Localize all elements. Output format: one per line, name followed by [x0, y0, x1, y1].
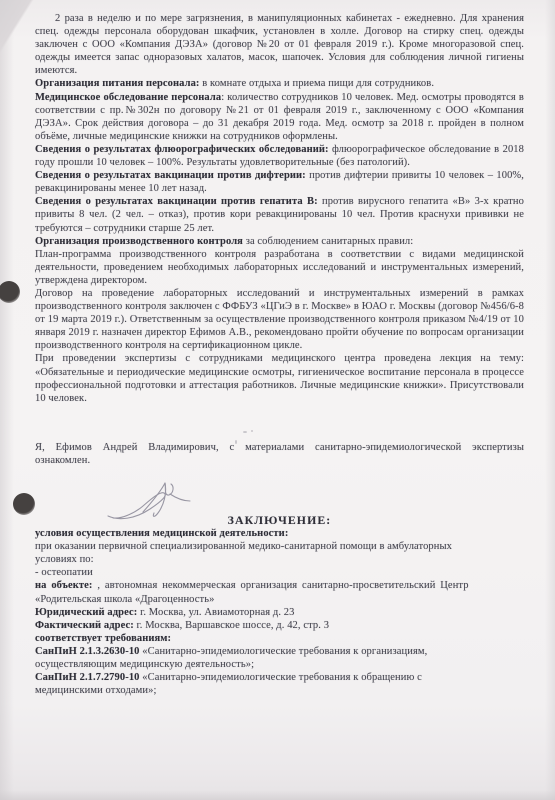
scan-edge-left	[0, 0, 14, 800]
text-run: медицинскими отходами»;	[35, 685, 157, 696]
conclusion-facility: на объекте: , автономная некоммерческая …	[35, 579, 524, 592]
handwritten-signature	[103, 479, 195, 525]
para-lecture: При проведении экспертизы с сотрудниками…	[35, 352, 524, 404]
para-diphtheria-vaccination: Сведения о результатах вакцинации против…	[35, 169, 524, 195]
text-run: осуществляющим медицинскую деятельность»…	[35, 659, 254, 670]
bold-run: Медицинское обследование персонала	[35, 92, 221, 103]
text-run: - остеопатии	[35, 567, 93, 578]
para-acknowledgement: Я, Ефимов Андрей Владимирович, с материа…	[35, 441, 524, 467]
bold-run: соответствует требованиям:	[35, 633, 171, 644]
bold-run: Сведения о результатах флюорографических…	[35, 144, 329, 155]
hole-punch-dot	[13, 493, 35, 515]
scan-speck	[243, 431, 247, 433]
text-run: При проведении экспертизы с сотрудниками…	[35, 353, 524, 403]
text-run: г. Москва, ул. Авиамоторная д. 23	[137, 607, 294, 618]
conclusion-sanpin-1-line1: СанПиН 2.1.3.2630-10 «Санитарно-эпидемио…	[35, 645, 524, 658]
conclusion-conditions-by: условиях по:	[35, 553, 524, 566]
text-run: План-программа производственного контрол…	[35, 249, 524, 286]
text-run: «Санитарно-эпидемиологические требования…	[140, 672, 422, 683]
text-run: в комнате отдыха и приема пищи для сотру…	[200, 78, 435, 89]
bold-run: Организация питания персонала:	[35, 78, 200, 89]
bold-run: Организация производственного контроля	[35, 236, 243, 247]
conclusion-primary-care: при оказании первичной специализированно…	[35, 540, 524, 553]
conclusion-actual-address: Фактический адрес: г. Москва, Варшавское…	[35, 619, 524, 632]
bold-run: СанПиН 2.1.3.2630-10	[35, 646, 140, 657]
text-run: , автономная некоммерческая организация …	[93, 580, 469, 591]
conclusion-complies: соответствует требованиям:	[35, 632, 524, 645]
bold-run: Юридический адрес:	[35, 607, 137, 618]
scan-corner-shadow	[0, 0, 36, 60]
text-run: «Родительская школа «Драгоценность»	[35, 594, 214, 605]
para-lab-contract: Договор на проведение лабораторных иссле…	[35, 287, 524, 352]
para-control-program: План-программа производственного контрол…	[35, 248, 524, 287]
conclusion-sanpin-2-line1: СанПиН 2.1.7.2790-10 «Санитарно-эпидемио…	[35, 671, 524, 684]
scan-edge-bottom	[0, 790, 555, 800]
para-production-control-heading: Организация производственного контроля з…	[35, 235, 524, 248]
text-run: Я, Ефимов Андрей Владимирович, с материа…	[35, 442, 524, 466]
bold-run: Фактический адрес:	[35, 620, 134, 631]
conclusion-sanpin-1-line2: осуществляющим медицинскую деятельность»…	[35, 658, 524, 671]
text-run: 2 раза в неделю и по мере загрязнения, в…	[35, 13, 524, 76]
conclusion-activity-conditions: условия осуществления медицинской деятел…	[35, 527, 524, 540]
bold-run: ЗАКЛЮЧЕНИЕ:	[228, 513, 332, 527]
para-medical-examination: Медицинское обследование персонала: коли…	[35, 91, 524, 143]
conclusion-legal-address: Юридический адрес: г. Москва, ул. Авиамо…	[35, 606, 524, 619]
conclusion-osteopathy: - остеопатии	[35, 566, 524, 579]
scan-speck	[251, 430, 253, 432]
text-run: условиях по:	[35, 554, 94, 565]
para-catering: Организация питания персонала: в комнате…	[35, 77, 524, 90]
bold-run: условия осуществления медицинской деятел…	[35, 528, 288, 539]
bold-run: Сведения о результатах вакцинации против…	[35, 170, 306, 181]
bold-run: Сведения о результатах вакцинации против…	[35, 196, 318, 207]
para-fluorography: Сведения о результатах флюорографических…	[35, 143, 524, 169]
scan-speck	[235, 440, 237, 444]
text-run: Договор на проведение лабораторных иссле…	[35, 288, 524, 351]
bold-run: на объекте:	[35, 580, 93, 591]
para-spec-clothing: 2 раза в неделю и по мере загрязнения, в…	[35, 12, 524, 77]
scan-edge-right	[545, 0, 555, 800]
conclusion-facility-name: «Родительская школа «Драгоценность»	[35, 593, 524, 606]
text-run: за соблюдением санитарных правил:	[243, 236, 413, 247]
bold-run: СанПиН 2.1.7.2790-10	[35, 672, 140, 683]
text-run: при оказании первичной специализированно…	[35, 541, 452, 552]
conclusion-sanpin-2-line2: медицинскими отходами»;	[35, 684, 524, 697]
para-hepatitis-vaccination: Сведения о результатах вакцинации против…	[35, 195, 524, 234]
text-run: г. Москва, Варшавское шоссе, д. 42, стр.…	[134, 620, 329, 631]
text-run: «Санитарно-эпидемиологические требования…	[140, 646, 428, 657]
hole-punch-dot	[0, 281, 20, 303]
scanned-document-page: 2 раза в неделю и по мере загрязнения, в…	[0, 0, 555, 800]
document-body: 2 раза в неделю и по мере загрязнения, в…	[35, 12, 524, 697]
